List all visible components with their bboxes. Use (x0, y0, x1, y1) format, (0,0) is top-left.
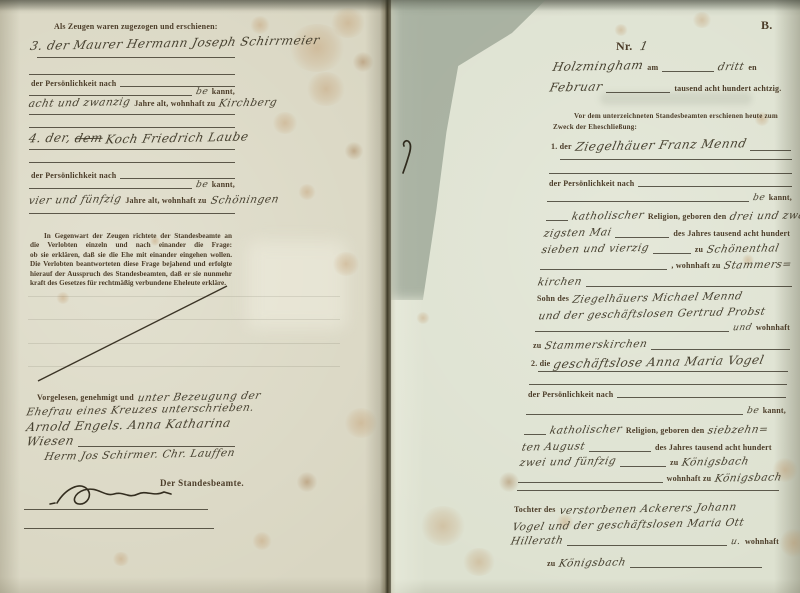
dateline-1: Holzmingham am dritt en (553, 59, 757, 73)
form-rule (120, 175, 235, 179)
groom-known-line: be kannt, (547, 193, 792, 203)
handwritten-mother: Vogel und der geschäftslosen Maria Ott (511, 517, 745, 534)
form-rule (589, 448, 651, 452)
form-rule (535, 328, 729, 332)
groom-number-label: 1. der (551, 142, 572, 151)
handwritten-be: be (195, 87, 209, 97)
form-rule (526, 411, 743, 415)
dateline-2: Februar tausend acht hundert achtzig. (550, 80, 781, 94)
handwritten-residence: Stammers= (723, 258, 793, 271)
handwritten-mother: Hillerath (510, 534, 565, 547)
corner-letter: B. (761, 18, 772, 33)
form-rule (29, 162, 235, 163)
zu-label: zu (695, 245, 703, 254)
handwritten-place: Holzmingham (551, 58, 645, 74)
form-rule (518, 479, 663, 483)
groom-name-line: 1. der Ziegelhäuer Franz Mennd (551, 138, 791, 152)
witness4-known-line: be kannt, (29, 180, 235, 190)
declaration-line: hierauf der Ausspruch des Standesbeamten… (30, 270, 232, 279)
handwritten-parents-residence: Königsbach (558, 556, 628, 569)
witness3-name-line: 3. der Maurer Hermann Joseph Schirrmeier (31, 36, 319, 50)
handwritten-month: Februar (548, 79, 603, 94)
signature-handwriting: Arnold Engels. Anna Katharina (25, 416, 232, 434)
handwritten-age: vier und fünfzig (28, 193, 123, 207)
handwritten-day: dritt (717, 61, 746, 74)
form-rule (638, 183, 792, 187)
closing-line-2: Ehefrau eines Kreuzes unterschrieben. (27, 404, 254, 416)
form-rule (567, 542, 727, 546)
handwritten-residence: Königsbach (714, 471, 784, 484)
handwritten-religion: katholischer (549, 423, 624, 437)
handwritten-und: u. (730, 537, 742, 547)
year-label: des Jahres tausend acht hundert (673, 229, 790, 238)
declaration-line: Die Verlobten beantworteten diese Frage … (30, 260, 232, 269)
handwritten-be: be (746, 406, 760, 416)
form-rule (606, 89, 670, 93)
bride-mother-line: Vogel und der geschäftslosen Maria Ott (513, 519, 744, 531)
zu-label: zu (533, 341, 541, 350)
record-number: Nr. 1 (616, 39, 648, 54)
form-rule (546, 217, 568, 221)
handwritten-birthplace: Königsbach (681, 455, 751, 468)
bride-identity-line: der Persönlichkeit nach (528, 390, 786, 399)
signature-handwriting: Herm Jos Schirmer. Chr. Lauffen (43, 447, 236, 463)
groom-parents-residence-line: zu Stammerskirchen (533, 339, 790, 351)
known-label: kannt, (769, 193, 792, 202)
groom-residence-line-2: kirchen (538, 276, 792, 288)
form-rule (29, 213, 235, 214)
faint-rule (28, 343, 340, 344)
groom-birthyear-line: sieben und vierzig zu Schönenthal (542, 243, 779, 255)
form-rule (617, 394, 786, 398)
handwritten-residence: kirchen (537, 276, 584, 289)
form-rule (630, 564, 762, 568)
book-gutter (380, 0, 396, 593)
form-rule (517, 490, 779, 491)
groom-father-line: Sohn des Ziegelhäuers Michael Mennd (537, 292, 742, 304)
form-rule (29, 127, 235, 128)
groom-religion-line: katholischer Religion, geboren den drei … (546, 210, 800, 222)
handwritten-father: Ziegelhäuers Michael Mennd (571, 290, 743, 306)
handwritten-number: 1 (638, 39, 649, 53)
form-rule (662, 68, 714, 72)
intro-text: Zweck der Eheschließung: (553, 123, 637, 131)
age-label: Jahre alt, wohnhaft zu (125, 196, 206, 205)
form-rule (653, 250, 691, 254)
handwritten-father: verstorbenen Ackerers Johann (558, 501, 738, 517)
bride-name-line: 2. die geschäftslose Anna Maria Vogel (531, 355, 764, 369)
son-of-label: Sohn des (537, 294, 569, 303)
registrar-label: Der Standesbeamte. (160, 478, 244, 488)
form-rule (615, 234, 669, 238)
identity-label: der Persönlichkeit nach (549, 179, 634, 188)
declaration-line: In Gegenwart der Zeugen richtete der Sta… (30, 232, 232, 241)
form-rule (538, 371, 788, 372)
form-rule (29, 149, 235, 150)
faint-rule (28, 319, 340, 320)
witness4-name-line: 4. der, dem Koch Friedrich Laube (29, 131, 237, 145)
bride-mother-line-2: Hillerath u. wohnhaft (511, 535, 779, 547)
form-rule (37, 57, 235, 58)
handwritten-parents-residence: Stammerskirchen (544, 338, 649, 352)
book-spread: Als Zeugen waren zugezogen und erschiene… (0, 0, 800, 593)
faint-rule (28, 366, 340, 367)
witness3-known-line: be kannt, (29, 87, 235, 97)
handwritten-residence: Kirchberg (218, 96, 279, 109)
intro-line-2: Zweck der Eheschließung: (553, 123, 637, 131)
handwritten-birthday: siebzehn= (707, 423, 770, 436)
bride-birthday-line: ten August des Jahres tausend acht hunde… (522, 441, 772, 453)
religion-label: Religion, geboren den (648, 212, 727, 221)
age-label: Jahre alt, wohnhaft zu (134, 99, 215, 108)
form-rule (524, 431, 546, 435)
declaration-line: die Verlobten einzeln und nach einander … (30, 241, 232, 250)
closing-line-4: Wiesen (27, 434, 235, 448)
handwritten-religion: katholischer (571, 209, 646, 223)
identity-label: der Persönlichkeit nach (528, 390, 613, 399)
closing-line-3: Arnold Engels. Anna Katharina (27, 418, 230, 432)
bride-handwritten-name: geschäftslose Anna Maria Vogel (552, 353, 765, 371)
intro-line-1: Vor dem unterzeichneten Standesbeamten e… (574, 112, 778, 120)
witnesses-header-label: Als Zeugen waren zugezogen und erschiene… (54, 22, 218, 31)
witness4-identity-line: der Persönlichkeit nach (31, 171, 235, 180)
year-label: tausend acht hundert achtzig. (674, 84, 781, 93)
handwritten-birthday: zigsten Mai (543, 226, 613, 239)
bride-parents-residence-line: zu Königsbach (547, 557, 762, 569)
form-rule (529, 384, 787, 385)
witness4-prefix: 4. der, (27, 131, 72, 146)
bride-religion-line: katholischer Religion, geboren den siebz… (524, 424, 769, 436)
form-rule (750, 147, 791, 151)
intro-text: Vor dem unterzeichneten Standesbeamten e… (574, 112, 778, 120)
handwritten-mother: und der geschäftslosen Gertrud Probst (537, 306, 766, 323)
form-rule (29, 114, 235, 115)
form-rule (24, 509, 208, 510)
known-label: kannt, (212, 87, 235, 96)
form-rule (540, 266, 667, 270)
daughter-of-label: Tochter des (514, 505, 556, 514)
declaration-paragraph: In Gegenwart der Zeugen richtete der Sta… (30, 232, 232, 288)
handwritten-und: und (732, 323, 753, 333)
known-label: kannt, (763, 406, 786, 415)
witnesses-header: Als Zeugen waren zugezogen und erschiene… (54, 22, 218, 31)
handwritten-birthplace: Schönenthal (706, 242, 781, 256)
resides-label: wohnhaft (745, 537, 779, 546)
zu-label: zu (547, 559, 555, 568)
zu-label: zu (670, 458, 678, 467)
form-rule (547, 198, 749, 202)
paper-light-patch (247, 241, 347, 329)
handwritten-birthyear: sieben und vierzig (540, 242, 650, 256)
witness4-handwritten-name: Koch Friedrich Laube (105, 130, 251, 147)
form-rule (24, 528, 214, 529)
groom-handwritten-name: Ziegelhäuer Franz Mennd (574, 136, 748, 154)
identity-label: der Persönlichkeit nach (31, 171, 116, 180)
bride-father-line: Tochter des verstorbenen Ackerers Johann (514, 503, 736, 515)
closing-lead-line: Vorgelesen, genehmigt und unter Bezeugun… (37, 391, 260, 403)
ten-label: en (748, 63, 756, 72)
form-rule (651, 346, 790, 350)
handwritten-birthday: drei und zwan (729, 209, 800, 223)
witness3-age-line: acht und zwanzig Jahre alt, wohnhaft zu … (29, 97, 277, 109)
closing-line-5: Herm Jos Schirmer. Chr. Lauffen (45, 449, 234, 461)
known-label: kannt, (212, 180, 235, 189)
handwritten-birthday: ten August (521, 440, 587, 453)
top-shadow (0, 0, 800, 11)
groom-birthday-line: zigsten Mai des Jahres tausend acht hund… (544, 227, 790, 239)
nr-label: Nr. (616, 39, 633, 54)
corner-letter-label: B. (761, 18, 772, 33)
year-label: des Jahres tausend acht hundert (655, 443, 772, 452)
bride-number-label: 2. die (531, 359, 550, 368)
groom-parents-residence-label-line: und wohnhaft (535, 323, 790, 333)
bride-birthyear-line: zwei und fünfzig zu Königsbach (520, 456, 749, 468)
faint-rule (28, 296, 340, 297)
form-rule (29, 185, 192, 189)
handwritten-residence: Schöningen (209, 193, 280, 206)
resides-label: , wohnhaft zu (671, 261, 720, 270)
form-rule (78, 443, 235, 447)
form-rule (29, 74, 235, 75)
resides-label: wohnhaft zu (667, 474, 712, 483)
groom-residence-line: , wohnhaft zu Stammers= (540, 259, 792, 271)
form-rule (586, 283, 792, 287)
bride-known-line: be kannt, (526, 406, 786, 416)
closing-printed-lead: Vorgelesen, genehmigt und (37, 393, 134, 402)
declaration-line: ob sie erklären, daß sie die Ehe mit ein… (30, 251, 232, 260)
form-rule (549, 173, 792, 174)
declaration-line: kraft des Gesetzes für rechtmäßig verbun… (30, 279, 232, 288)
bride-residence-line: wohnhaft zu Königsbach (518, 472, 782, 484)
handwritten-be: be (752, 193, 766, 203)
signature-handwriting: Wiesen (25, 434, 75, 449)
witness4-struck-word: dem (73, 131, 104, 146)
groom-identity-line: der Persönlichkeit nach (549, 179, 792, 188)
resides-label: wohnhaft (756, 323, 790, 332)
religion-label: Religion, geboren den (626, 426, 705, 435)
form-rule (560, 159, 792, 160)
am-label: am (647, 63, 658, 72)
witness4-age-line: vier und fünfzig Jahre alt, wohnhaft zu … (29, 194, 278, 206)
handwritten-be: be (195, 180, 209, 190)
handwritten-birthyear: zwei und fünfzig (519, 455, 618, 469)
groom-mother-line: und der geschäftslosen Gertrud Probst (539, 308, 765, 320)
form-rule (620, 463, 666, 467)
handwritten-age: acht und zwanzig (28, 96, 132, 110)
registrar-title: Der Standesbeamte. (160, 478, 244, 488)
